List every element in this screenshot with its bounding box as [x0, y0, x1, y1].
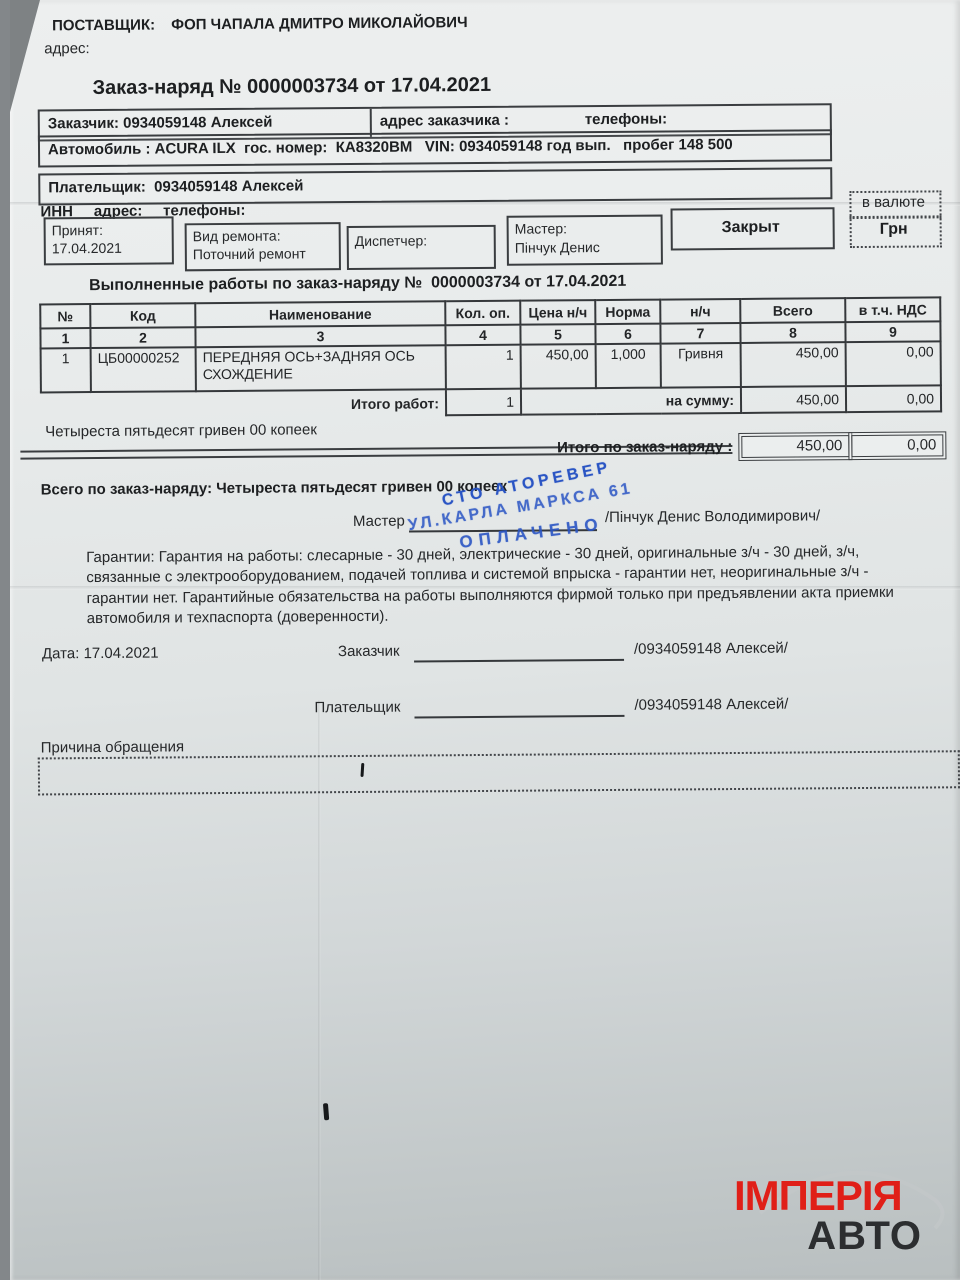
col-header: Кол. оп.	[445, 301, 520, 326]
customer-sign-label: Заказчик	[338, 643, 400, 660]
payer-signature-line	[414, 697, 624, 719]
totals-sum: 450,00	[741, 386, 846, 413]
master-label: Мастер:	[515, 220, 567, 236]
customer-signature-line	[414, 641, 624, 663]
date-line: Дата: 17.04.2021	[42, 645, 159, 663]
currency-box: Грн	[850, 215, 942, 248]
stray-mark	[323, 1103, 329, 1120]
col-header: Код	[90, 303, 195, 328]
repair-type-label: Вид ремонта:	[193, 228, 281, 245]
customer-address-label: адрес заказчика :	[380, 112, 509, 130]
logo-line-1: ІМПЕРІЯ	[734, 1172, 902, 1220]
col-header: Норма	[595, 300, 660, 325]
totals-sum-label: на сумму:	[521, 387, 741, 415]
imperia-avto-logo: ІМПЕРІЯ АВТО	[700, 1158, 950, 1273]
work-total: 450,00	[741, 342, 846, 387]
warranty-text: Гарантии: Гарантия на работы: слесарные …	[86, 542, 919, 630]
customer-value: Заказчик: 0934059148 Алексей	[48, 114, 273, 133]
master-sign-name: /Пінчук Денис Володимирович/	[605, 507, 820, 526]
order-total-label: Итого по заказ-наряду :	[500, 438, 732, 457]
accepted-date: 17.04.2021	[52, 240, 122, 257]
col-number: 8	[740, 322, 845, 343]
order-total-vat: 0,00	[848, 431, 946, 460]
col-header: Наименование	[195, 301, 445, 327]
currency-value: Грн	[852, 220, 936, 239]
order-title: Заказ-наряд № 0000003734 от 17.04.2021	[92, 74, 491, 100]
accepted-box: Принят: 17.04.2021	[44, 216, 174, 265]
work-unit: Гривня	[661, 343, 741, 388]
col-number: 3	[195, 325, 445, 347]
col-header: Всего	[740, 298, 845, 323]
dispatcher-box: Диспетчер:	[347, 225, 496, 270]
logo-line-2: АВТО	[700, 1214, 922, 1259]
work-norm: 1,000	[596, 344, 661, 389]
closed-box: Закрыт	[671, 207, 835, 250]
col-number: 6	[595, 324, 660, 345]
dispatcher-label: Диспетчер:	[355, 232, 427, 249]
totals-label: Итого работ:	[41, 389, 446, 418]
amount-in-words: Четыреста пятьдесят гривен 00 копеек	[45, 421, 317, 440]
supplier-address-label: адрес:	[44, 40, 90, 57]
photographed-work-order: ПОСТАВЩИК: ФОП ЧАПАЛА ДМИТРО МИКОЛАЙОВИЧ…	[0, 0, 960, 1280]
document-content: ПОСТАВЩИК: ФОП ЧАПАЛА ДМИТРО МИКОЛАЙОВИЧ…	[0, 0, 960, 1280]
work-code: ЦБ00000252	[91, 347, 196, 392]
totals-vat: 0,00	[846, 385, 941, 412]
supplier-label: ПОСТАВЩИК:	[52, 17, 155, 35]
order-total-value: 450,00	[738, 432, 852, 461]
payer-sign-value: /0934059148 Алексей/	[634, 696, 788, 714]
master-name: Пінчук Денис	[515, 239, 600, 256]
master-box: Мастер: Пінчук Денис	[507, 215, 663, 266]
supplier-name: ФОП ЧАПАЛА ДМИТРО МИКОЛАЙОВИЧ	[171, 14, 467, 33]
master-sign-label: Мастер	[353, 513, 405, 530]
payer-box: Плательщик: 0934059148 Алексей	[38, 167, 832, 205]
vehicle-box: Автомобиль : ACURA ILX гос. номер: КА832…	[38, 129, 832, 167]
col-number: 2	[90, 327, 195, 348]
customer-phones-label: телефоны:	[585, 111, 667, 129]
payer-sign-label: Плательщик	[314, 699, 400, 717]
work-qty: 1	[446, 345, 521, 390]
work-vat: 0,00	[846, 341, 941, 386]
repair-type-value: Поточний ремонт	[193, 245, 306, 262]
works-table: № Код Наименование Кол. оп. Цена н/ч Нор…	[39, 296, 942, 419]
reason-box	[38, 750, 960, 795]
col-number: 7	[660, 323, 740, 344]
col-number: 9	[845, 321, 940, 342]
reason-label: Причина обращения	[41, 738, 185, 756]
payer-value: Плательщик: 0934059148 Алексей	[48, 177, 303, 196]
work-price: 450,00	[521, 344, 596, 389]
col-header: Цена н/ч	[520, 300, 595, 325]
closed-label: Закрыт	[673, 209, 829, 246]
works-section-title: Выполненные работы по заказ-наряду № 000…	[89, 273, 626, 295]
work-num: 1	[41, 348, 91, 392]
col-header: в т.ч. НДС	[845, 297, 940, 322]
work-row: 1 ЦБ00000252 ПЕРЕДНЯЯ ОСЬ+ЗАДНЯЯ ОСЬ СХО…	[41, 341, 941, 392]
currency-caption: в валюте	[851, 193, 935, 211]
col-number: 4	[445, 325, 520, 346]
supplier-line: ПОСТАВЩИК: ФОП ЧАПАЛА ДМИТРО МИКОЛАЙОВИЧ	[52, 14, 468, 34]
col-header: н/ч	[660, 299, 740, 324]
totals-qty: 1	[446, 389, 521, 416]
accepted-label: Принят:	[52, 222, 103, 238]
col-number: 5	[520, 324, 595, 345]
customer-sign-value: /0934059148 Алексей/	[634, 640, 788, 658]
vehicle-value: Автомобиль : ACURA ILX гос. номер: КА832…	[48, 136, 733, 158]
col-header: №	[40, 304, 90, 328]
work-name: ПЕРЕДНЯЯ ОСЬ+ЗАДНЯЯ ОСЬ СХОЖДЕНИЕ	[196, 345, 446, 391]
repair-type-box: Вид ремонта: Поточний ремонт	[185, 222, 341, 271]
grand-total-line: Всего по заказ-наряду: Четыреста пятьдес…	[41, 478, 507, 499]
col-number: 1	[40, 328, 90, 348]
